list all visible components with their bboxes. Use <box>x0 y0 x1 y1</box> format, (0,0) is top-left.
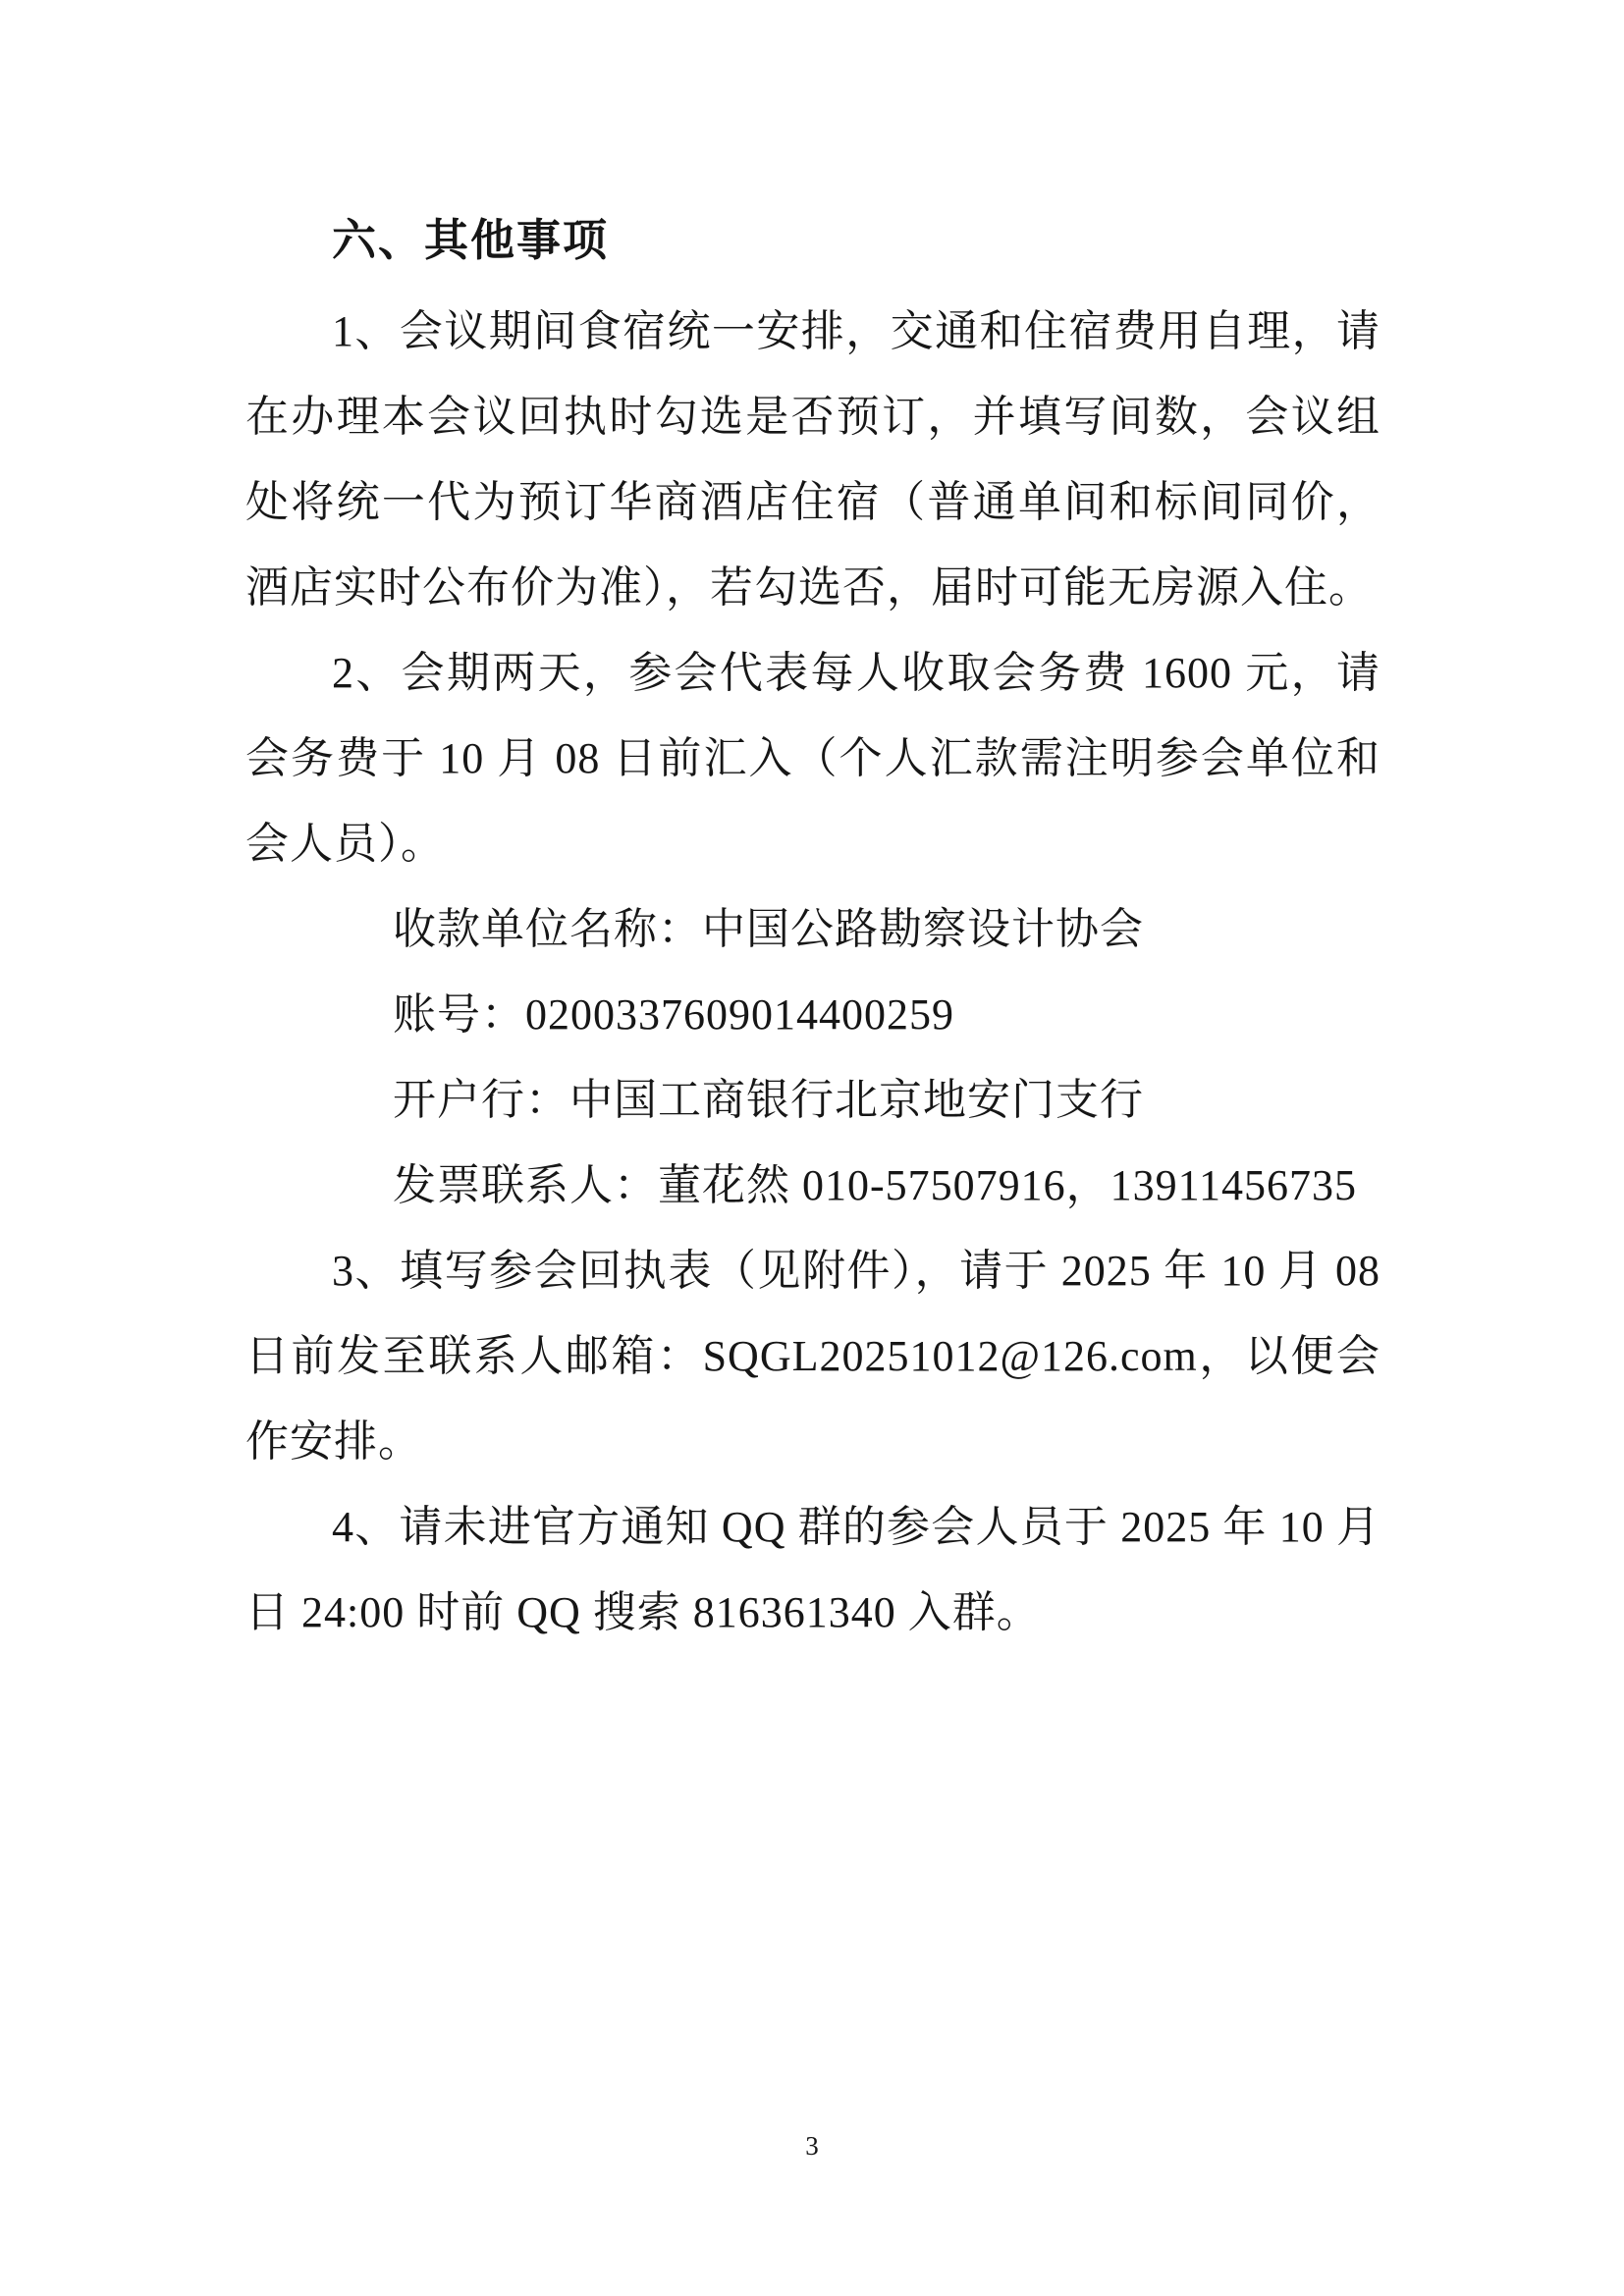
paragraph-3-line: 3、填写参会回执表（见附件），请于 2025 年 10 月 08 <box>245 1228 1380 1313</box>
paragraph-1: 1、会议期间食宿统一安排，交通和住宿费用自理，请 在办理本会议回执时勾选是否预订… <box>245 289 1380 630</box>
bank-branch-line: 开户行：中国工商银行北京地安门支行 <box>245 1057 1380 1143</box>
payee-name-line: 收款单位名称：中国公路勘察设计协会 <box>245 886 1380 972</box>
paragraph-1-line: 处将统一代为预订华商酒店住宿（普通单间和标间同价，以 <box>245 459 1380 545</box>
account-number-line: 账号：0200337609014400259 <box>245 972 1380 1057</box>
paragraph-2-line: 会人员）。 <box>245 801 1380 886</box>
paragraph-4: 4、请未进官方通知 QQ 群的参会人员于 2025 年 10 月 08 日 24… <box>245 1484 1380 1655</box>
paragraph-1-line: 在办理本会议回执时勾选是否预订，并填写间数，会议组织 <box>245 374 1380 459</box>
paragraph-2-line: 会务费于 10 月 08 日前汇入（个人汇款需注明参会单位和参 <box>245 716 1380 801</box>
page-number: 3 <box>0 2130 1624 2162</box>
document-page: 六、其他事项 1、会议期间食宿统一安排，交通和住宿费用自理，请 在办理本会议回执… <box>0 0 1624 2296</box>
paragraph-2-line: 2、会期两天，参会代表每人收取会务费 1600 元，请将 <box>245 630 1380 716</box>
paragraph-3: 3、填写参会回执表（见附件），请于 2025 年 10 月 08 日前发至联系人… <box>245 1228 1380 1484</box>
paragraph-4-line: 4、请未进官方通知 QQ 群的参会人员于 2025 年 10 月 08 <box>245 1484 1380 1570</box>
paragraph-3-line: 作安排。 <box>245 1399 1380 1484</box>
document-body: 六、其他事项 1、会议期间食宿统一安排，交通和住宿费用自理，请 在办理本会议回执… <box>245 197 1380 1655</box>
payment-info-block: 收款单位名称：中国公路勘察设计协会 账号：0200337609014400259… <box>245 886 1380 1228</box>
paragraph-4-line: 日 24:00 时前 QQ 搜索 816361340 入群。 <box>245 1570 1380 1655</box>
paragraph-2: 2、会期两天，参会代表每人收取会务费 1600 元，请将 会务费于 10 月 0… <box>245 630 1380 886</box>
section-heading: 六、其他事项 <box>245 197 1380 283</box>
paragraph-3-line: 日前发至联系人邮箱：SQGL20251012@126.com，以便会务工 <box>245 1313 1380 1399</box>
paragraph-1-line: 酒店实时公布价为准），若勾选否，届时可能无房源入住。 <box>245 545 1380 630</box>
paragraph-1-line: 1、会议期间食宿统一安排，交通和住宿费用自理，请 <box>245 289 1380 374</box>
invoice-contact-line: 发票联系人：董花然 010-57507916，13911456735 <box>245 1143 1380 1228</box>
